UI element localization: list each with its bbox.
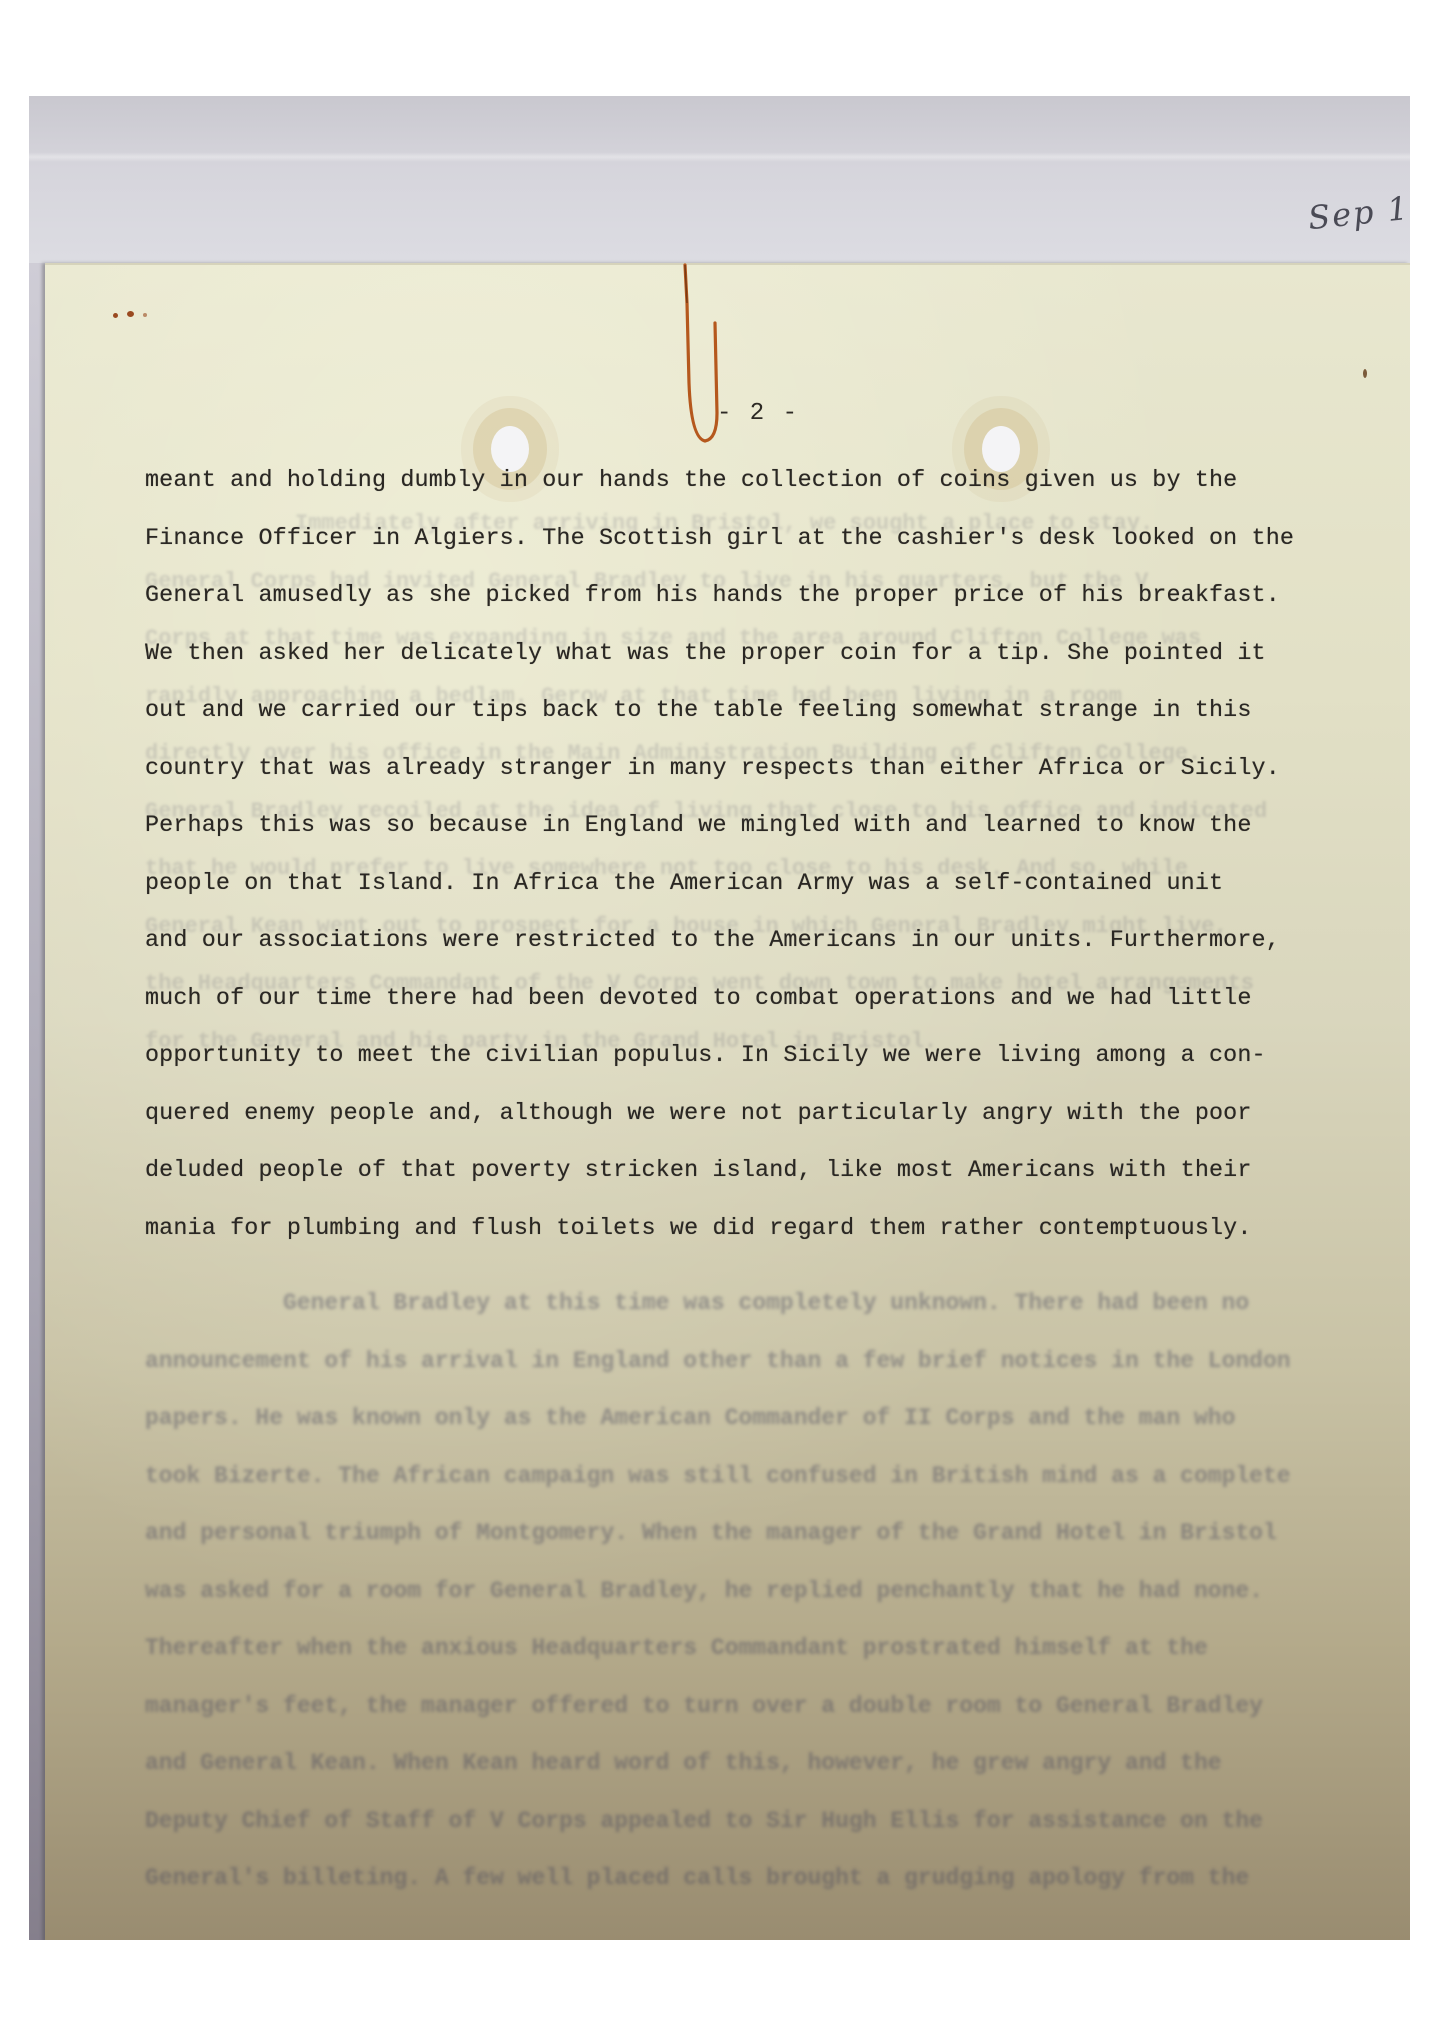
typed-line: mania for plumbing and flush toilets we …	[145, 1201, 1405, 1259]
document-photo: Sep 1 - 2 - Immediately after arriving i…	[29, 96, 1410, 1940]
typed-line: Finance Officer in Algiers. The Scottish…	[145, 511, 1405, 569]
typed-line: much of our time there had been devoted …	[145, 971, 1405, 1029]
rust-speck	[127, 311, 134, 317]
typed-line: opportunity to meet the civilian populus…	[145, 1028, 1405, 1086]
typed-line: General amusedly as she picked from his …	[145, 568, 1405, 626]
typed-paragraph: meant and holding dumbly in our hands th…	[145, 453, 1405, 1258]
page-number: - 2 -	[717, 400, 799, 427]
faded-line: announcement of his arrival in England o…	[145, 1333, 1405, 1391]
faded-line: papers. He was known only as the America…	[145, 1390, 1405, 1448]
backing-sheet-band	[29, 152, 1410, 162]
typed-line: deluded people of that poverty stricken …	[145, 1143, 1405, 1201]
ink-speck	[1363, 369, 1367, 378]
faded-line: took Bizerte. The African campaign was s…	[145, 1448, 1405, 1506]
faded-line: Deputy Chief of Staff of V Corps appeale…	[145, 1793, 1405, 1851]
faded-line: was asked for a room for General Bradley…	[145, 1563, 1405, 1621]
faded-line: Thereafter when the anxious Headquarters…	[145, 1620, 1405, 1678]
faded-paragraph: General Bradley at this time was complet…	[145, 1275, 1405, 1908]
typed-line: meant and holding dumbly in our hands th…	[145, 453, 1405, 511]
typed-line: people on that Island. In Africa the Ame…	[145, 856, 1405, 914]
typed-page: - 2 - Immediately after arriving in Bris…	[45, 263, 1410, 1940]
faded-line: General's billeting. A few well placed c…	[145, 1850, 1405, 1908]
folder-edge	[29, 263, 45, 1940]
typed-line: country that was already stranger in man…	[145, 741, 1405, 799]
typed-line: and our associations were restricted to …	[145, 913, 1405, 971]
typed-line: quered enemy people and, although we wer…	[145, 1086, 1405, 1144]
typed-line: out and we carried our tips back to the …	[145, 683, 1405, 741]
rust-speck	[143, 313, 147, 317]
typed-line: We then asked her delicately what was th…	[145, 626, 1405, 684]
faded-line: General Bradley at this time was complet…	[145, 1275, 1405, 1333]
faded-line: and General Kean. When Kean heard word o…	[145, 1735, 1405, 1793]
faded-line: manager's feet, the manager offered to t…	[145, 1678, 1405, 1736]
rust-speck	[113, 313, 118, 318]
faded-line: and personal triumph of Montgomery. When…	[145, 1505, 1405, 1563]
typed-line: Perhaps this was so because in England w…	[145, 798, 1405, 856]
handwritten-date-note: Sep 1	[1306, 189, 1410, 237]
